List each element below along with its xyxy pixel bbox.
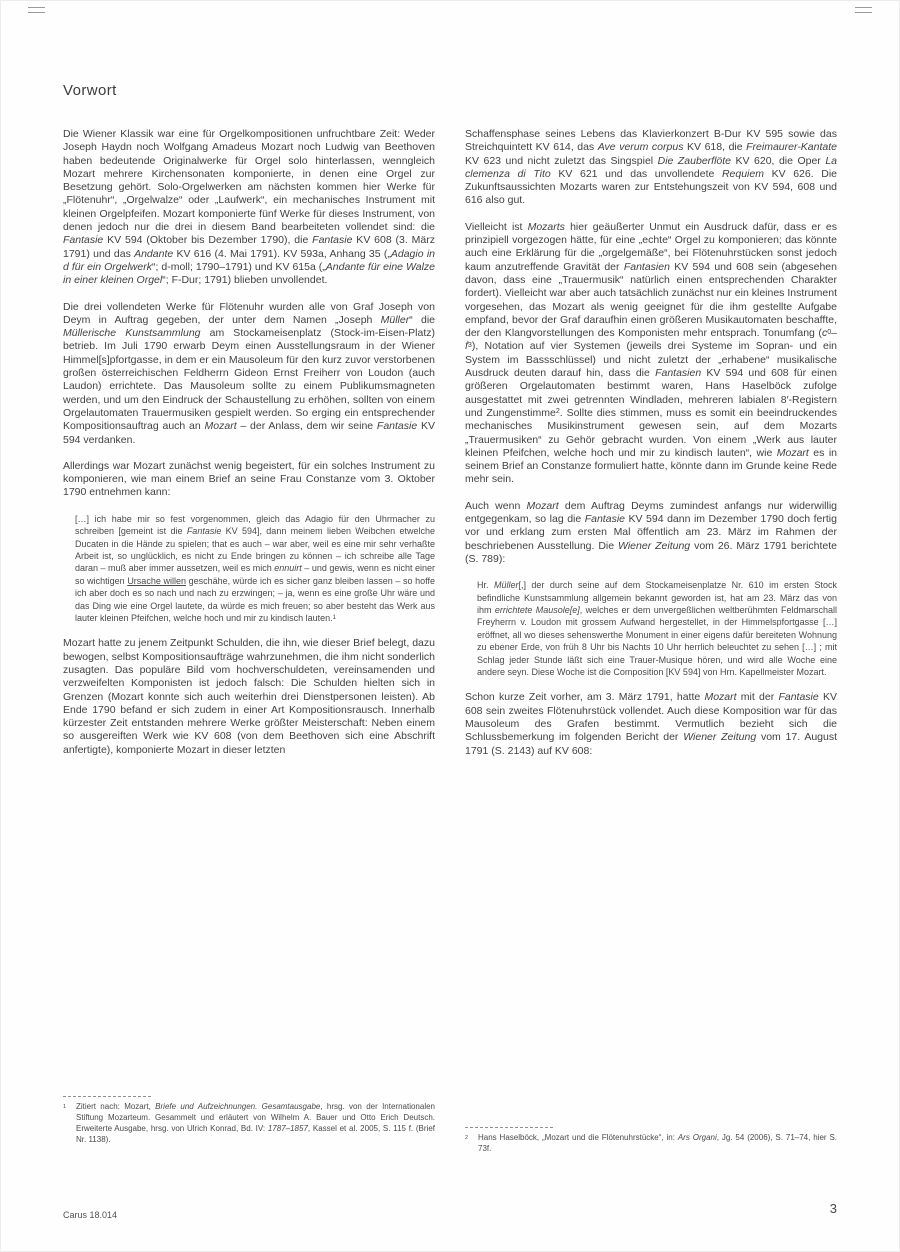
right-column: Schaffensphase seines Lebens das Klavier… — [465, 128, 837, 771]
paragraph: Die Wiener Klassik war eine für Orgelkom… — [63, 128, 435, 288]
footnote-area-right: 2Hans Haselböck, „Mozart und die Flötenu… — [465, 1127, 837, 1154]
printer-mark-top-left — [28, 7, 45, 13]
paragraph: Vielleicht ist Mozarts hier geäußerter U… — [465, 221, 837, 487]
footnote-1: 1Zitiert nach: Mozart, Briefe und Aufzei… — [63, 1101, 435, 1145]
footnote-2: 2Hans Haselböck, „Mozart und die Flötenu… — [465, 1132, 837, 1154]
paragraph: Mozart hatte zu jenem Zeitpunkt Schulden… — [63, 637, 435, 757]
paragraph: Schon kurze Zeit vorher, am 3. März 1791… — [465, 691, 837, 757]
printer-mark-top-right — [855, 7, 872, 13]
quote-block-letter: […] ich habe mir so fest vorgenommen, gl… — [75, 513, 435, 625]
footnote-separator — [63, 1096, 151, 1097]
paragraph: Die drei vollendeten Werke für Flötenuhr… — [63, 301, 435, 447]
quote-block-newspaper: Hr. Müller[,] der durch seine auf dem St… — [477, 579, 837, 678]
paragraph: Allerdings war Mozart zunächst wenig beg… — [63, 460, 435, 500]
left-column: Die Wiener Klassik war eine für Orgelkom… — [63, 128, 435, 770]
footnote-separator — [465, 1127, 553, 1128]
document-page: Vorwort Die Wiener Klassik war eine für … — [0, 0, 900, 1252]
page-number: 3 — [465, 1201, 837, 1216]
paragraph: Auch wenn Mozart dem Auftrag Deyms zumin… — [465, 500, 837, 566]
page-title: Vorwort — [63, 82, 117, 99]
edition-number: Carus 18.014 — [63, 1210, 117, 1220]
footnote-area-left: 1Zitiert nach: Mozart, Briefe und Aufzei… — [63, 1096, 435, 1145]
paragraph: Schaffensphase seines Lebens das Klavier… — [465, 128, 837, 208]
